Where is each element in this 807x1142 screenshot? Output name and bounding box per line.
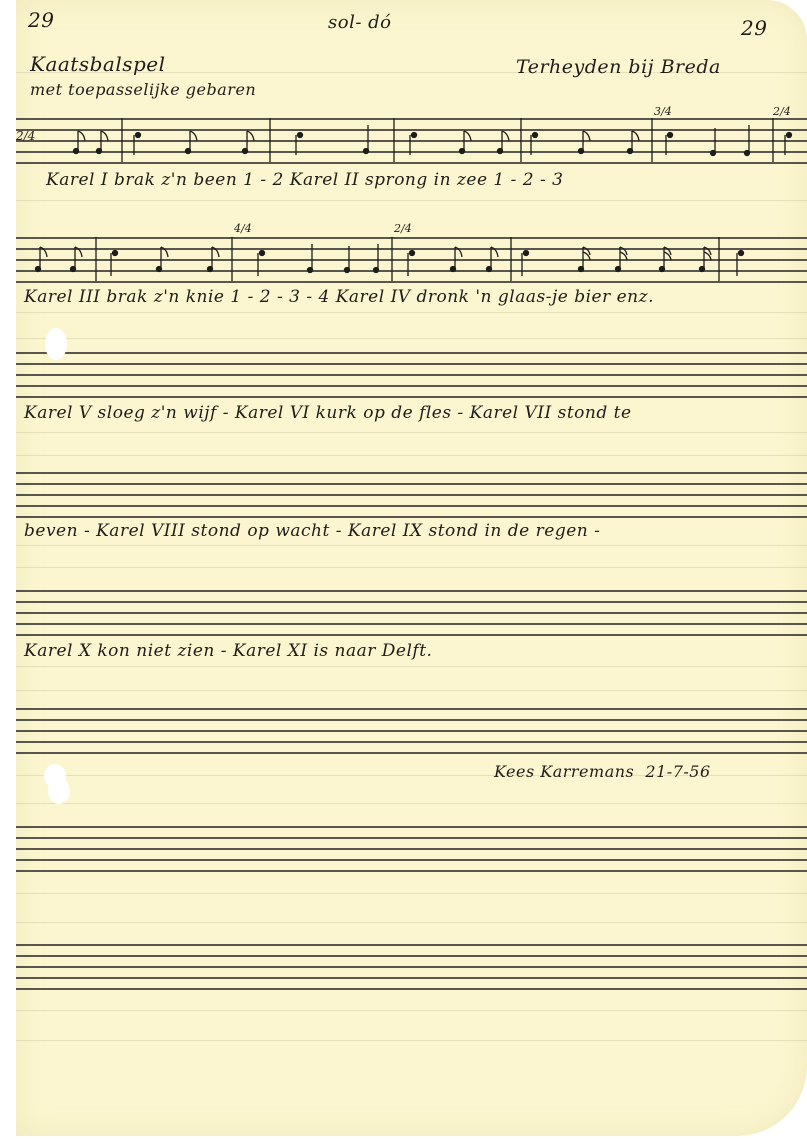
verse-line-1: Karel V sloeg z'n wijf - Karel VI kurk o… xyxy=(24,403,632,423)
staff-5 xyxy=(16,590,807,634)
verse-line-3: Karel X kon niet zien - Karel XI is naar… xyxy=(24,641,432,661)
punch-hole xyxy=(45,328,67,360)
ruled-line xyxy=(16,455,807,456)
signature-date: 21-7-56 xyxy=(645,762,710,781)
ruled-line xyxy=(16,893,807,894)
staff-7 xyxy=(16,826,807,870)
ruled-line xyxy=(16,803,807,804)
punch-hole xyxy=(48,778,70,804)
staff-3 xyxy=(16,352,807,396)
manuscript-card: 29 sol- dó 29 Kaatsbalspel met toepassel… xyxy=(16,0,807,1136)
ruled-line xyxy=(16,1010,807,1011)
signature-name: Kees Karremans xyxy=(494,762,634,781)
ruled-line xyxy=(16,338,807,339)
ruled-line xyxy=(16,1040,807,1041)
signature: Kees Karremans 21-7-56 xyxy=(494,762,711,781)
ruled-line xyxy=(16,545,807,546)
staff-4 xyxy=(16,472,807,516)
ruled-line xyxy=(16,567,807,568)
ruled-line xyxy=(16,666,807,667)
staff-2-lyrics: Karel III brak z'n knie 1 - 2 - 3 - 4 Ka… xyxy=(24,287,654,307)
ruled-line xyxy=(16,690,807,691)
ruled-line xyxy=(16,922,807,923)
svg-text:4/4: 4/4 xyxy=(233,222,252,235)
staff-2-notation: 4/4 2/4 xyxy=(16,0,807,320)
ruled-line xyxy=(16,432,807,433)
staff-6 xyxy=(16,708,807,752)
verse-line-2: beven - Karel VIII stond op wacht - Kare… xyxy=(24,521,600,541)
staff-8 xyxy=(16,944,807,988)
svg-text:2/4: 2/4 xyxy=(393,222,412,235)
